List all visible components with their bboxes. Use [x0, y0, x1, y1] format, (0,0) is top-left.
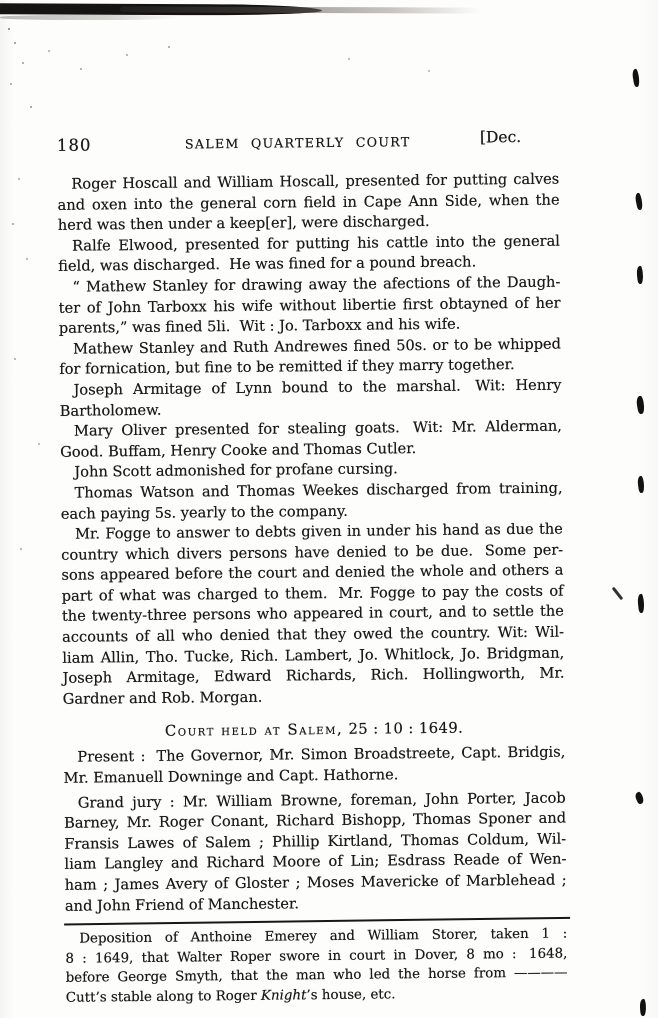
- paragraph: RalfeElwood,presentedforputtinghiscattle…: [58, 231, 560, 277]
- paragraph: ThomasWatsonandThomasWeekesdischargedfro…: [61, 478, 563, 524]
- scanned-book-page: 180 SALEM QUARTERLY COURT [Dec. RogerHos…: [0, 0, 658, 1018]
- footnote-rule: [64, 917, 570, 926]
- section-heading-date: 25 : 10 : 1649.: [343, 720, 463, 738]
- text-line: Gardner and Rob. Morgan.: [63, 684, 565, 710]
- paragraph: “MathewStanleyfordrawingawaytheafections…: [58, 273, 561, 340]
- paragraph: MathewStanleyandRuthAndrewesfined50s.ort…: [59, 334, 561, 380]
- text-block: RogerHoscallandWilliamHoscall,presentedf…: [57, 170, 568, 1008]
- page-number: 180: [57, 135, 92, 154]
- footnote-paragraph: DepositionofAnthoineEmereyandWilliamStor…: [65, 925, 568, 1008]
- paragraph: RogerHoscallandWilliamHoscall,presentedf…: [57, 170, 560, 237]
- paragraph: JosephArmitageofLynnboundtothemarshal. W…: [59, 375, 561, 421]
- page-content: 180 SALEM QUARTERLY COURT [Dec. RogerHos…: [0, 0, 658, 1018]
- section-heading: Court held at Salem, 25 : 10 : 1649.: [63, 717, 565, 743]
- text-line: and John Friend of Manchester.: [65, 891, 567, 917]
- paragraph: Mr.Foggetoanswertodebtsgiveninunderhisha…: [61, 520, 565, 711]
- paragraph: MaryOliverpresentedforstealinggoats. Wit…: [60, 417, 562, 463]
- date-marker: [Dec.: [480, 128, 521, 146]
- paragraph: Grandjury:Mr.WilliamBrowne,foreman,JohnP…: [64, 788, 567, 917]
- text-line: Mr. Emanuell Downinge and Capt. Hathorne…: [63, 764, 565, 790]
- paragraph: Present: TheGovernor,Mr.SimonBroadstreet…: [63, 743, 565, 789]
- running-title: SALEM QUARTERLY COURT: [185, 134, 411, 151]
- section-heading-smallcaps: Court held at Salem,: [165, 721, 344, 740]
